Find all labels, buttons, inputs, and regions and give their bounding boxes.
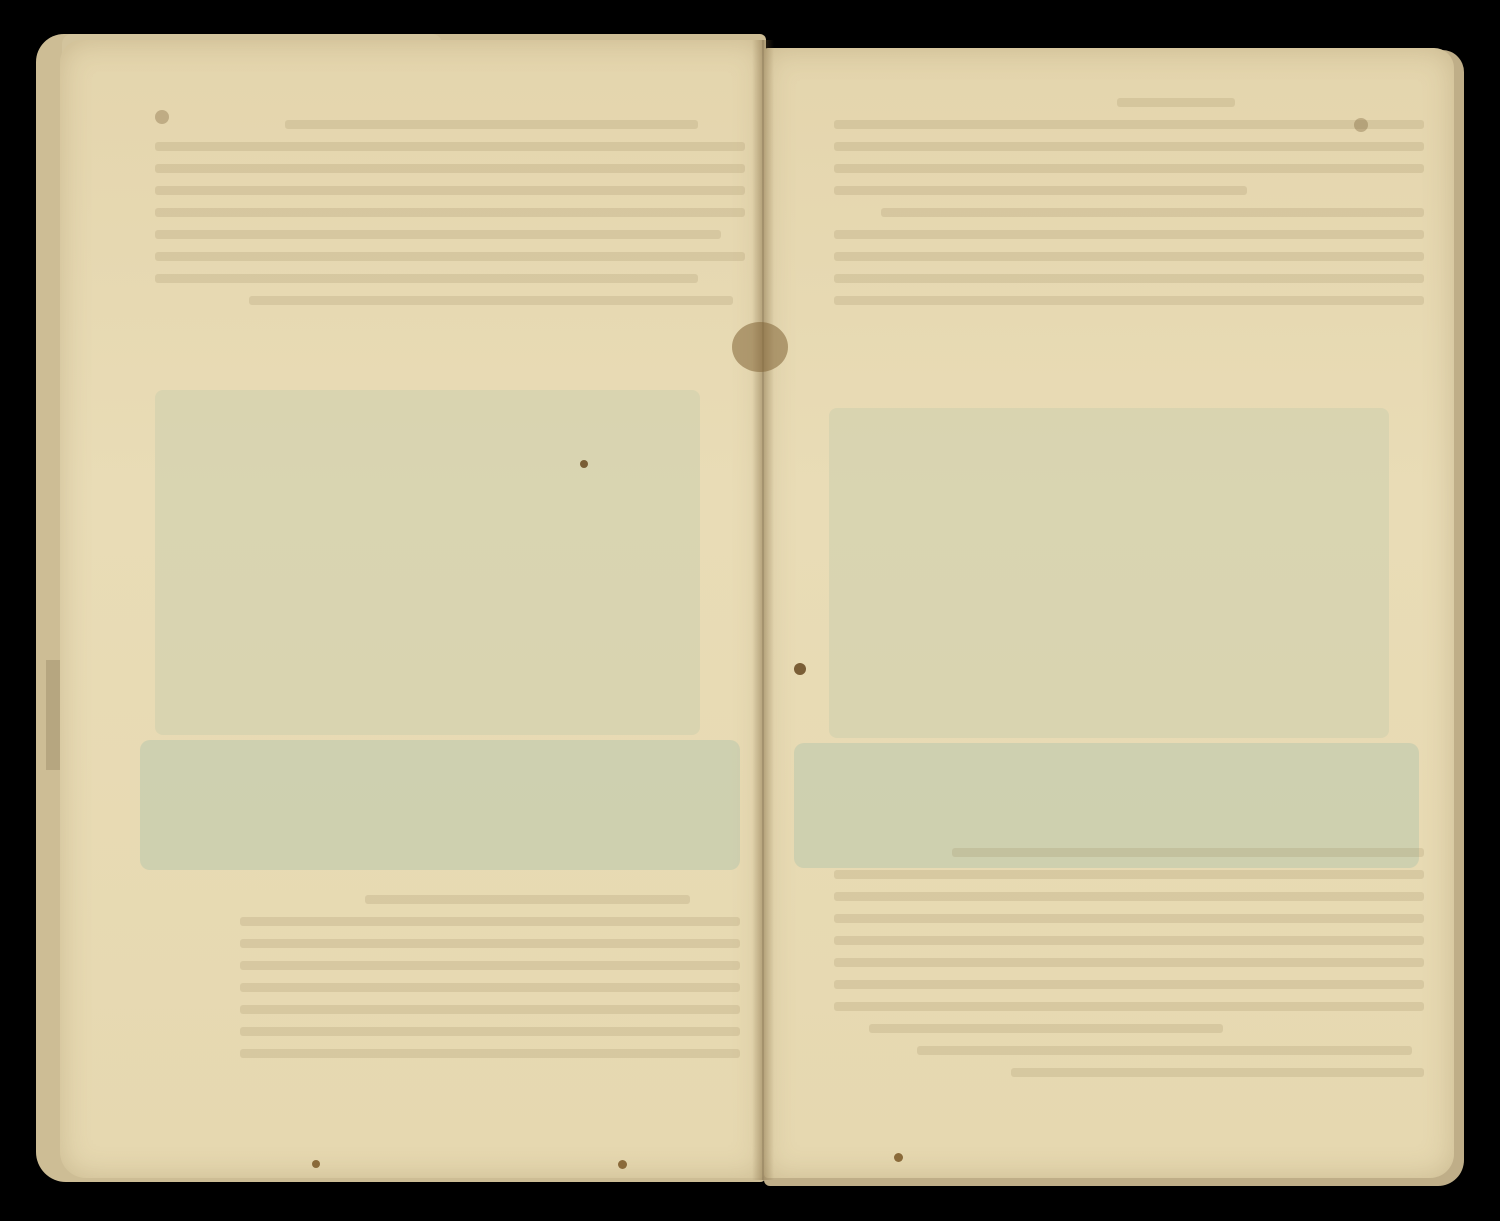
book-gutter (752, 40, 774, 1180)
right-illustration (829, 408, 1389, 738)
right-page (764, 48, 1454, 1178)
right-bottom-text (834, 848, 1424, 1090)
stain (1354, 118, 1368, 132)
right-top-text (834, 98, 1424, 318)
stain (580, 460, 588, 468)
stain (312, 1160, 320, 1168)
stain (155, 110, 169, 124)
left-bottom-text (240, 895, 740, 1071)
left-top-text (155, 120, 745, 318)
stain (618, 1160, 627, 1169)
left-illustration-caption-band (140, 740, 740, 870)
stain (894, 1153, 903, 1162)
left-illustration (155, 390, 700, 735)
left-page (60, 40, 764, 1178)
gutter-stain (732, 322, 788, 372)
torn-edge (46, 660, 60, 770)
stain (794, 663, 806, 675)
